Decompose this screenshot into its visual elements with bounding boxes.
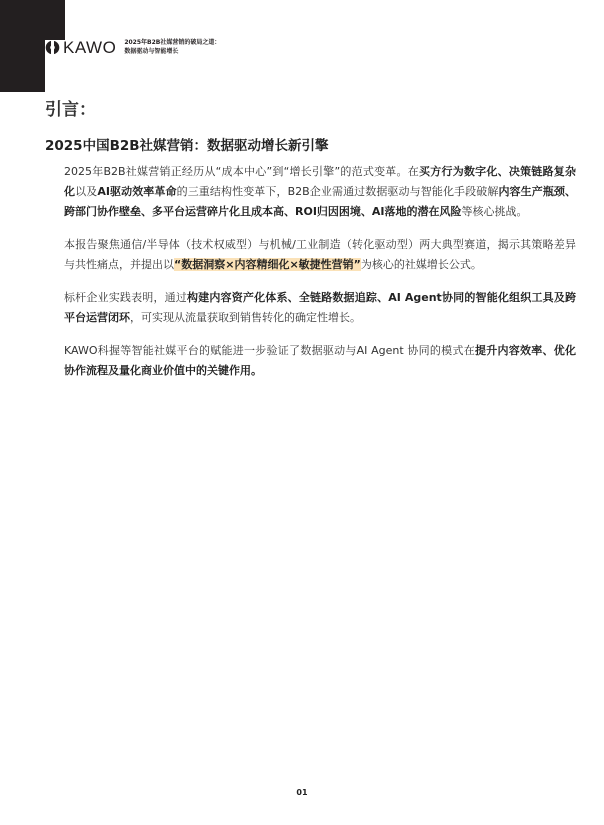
text-segment: KAWO科握等智能社媒平台的赋能进一步验证了数据驱动与AI Agent 协同的模…: [64, 344, 475, 357]
text-segment: 等核心挑战。: [462, 205, 528, 218]
page-header: KAWO 2025年B2B社媒营销的破局之道： 数据驱动与智能增长: [45, 38, 220, 56]
text-segment: 以及: [75, 185, 97, 198]
section-title: 引言：: [45, 95, 96, 120]
text-segment: 2025年B2B社媒营销正经历从“成本中心”到“增长引擎”的范式变革。在: [64, 165, 419, 178]
paragraph: 本报告聚焦通信/半导体（技术权威型）与机械/工业制造（转化驱动型）两大典型赛道，…: [64, 235, 576, 275]
report-subtitle: 2025年B2B社媒营销的破局之道： 数据驱动与智能增长: [124, 38, 220, 56]
kawo-logo-icon: [45, 40, 60, 55]
paragraph: 标杆企业实践表明，通过构建内容资产化体系、全链路数据追踪、AI Agent协同的…: [64, 288, 576, 328]
paragraph: KAWO科握等智能社媒平台的赋能进一步验证了数据驱动与AI Agent 协同的模…: [64, 341, 576, 381]
kawo-logo: KAWO: [45, 39, 116, 56]
corner-decoration-top: [45, 0, 65, 40]
page-number: 01: [0, 788, 604, 797]
article-title: 2025中国B2B社媒营销：数据驱动增长新引擎: [45, 134, 329, 154]
subtitle-line-2: 数据驱动与智能增长: [124, 47, 220, 56]
body-content: 2025年B2B社媒营销正经历从“成本中心”到“增长引擎”的范式变革。在买方行为…: [64, 162, 576, 394]
text-segment: 标杆企业实践表明，通过: [64, 291, 187, 304]
text-segment: ，可实现从流量获取到销售转化的确定性增长。: [130, 311, 361, 324]
highlighted-formula: “数据洞察×内容精细化×敏捷性营销”: [174, 258, 361, 271]
subtitle-line-1: 2025年B2B社媒营销的破局之道：: [124, 38, 220, 47]
text-segment: 的三重结构性变革下，B2B企业需通过数据驱动与智能化手段破解: [177, 185, 499, 198]
paragraph: 2025年B2B社媒营销正经历从“成本中心”到“增长引擎”的范式变革。在买方行为…: [64, 162, 576, 222]
logo-text: KAWO: [63, 39, 116, 56]
bold-text: AI驱动效率革命: [97, 185, 176, 198]
text-segment: 为核心的社媒增长公式。: [361, 258, 482, 271]
corner-decoration-block: [0, 0, 45, 92]
